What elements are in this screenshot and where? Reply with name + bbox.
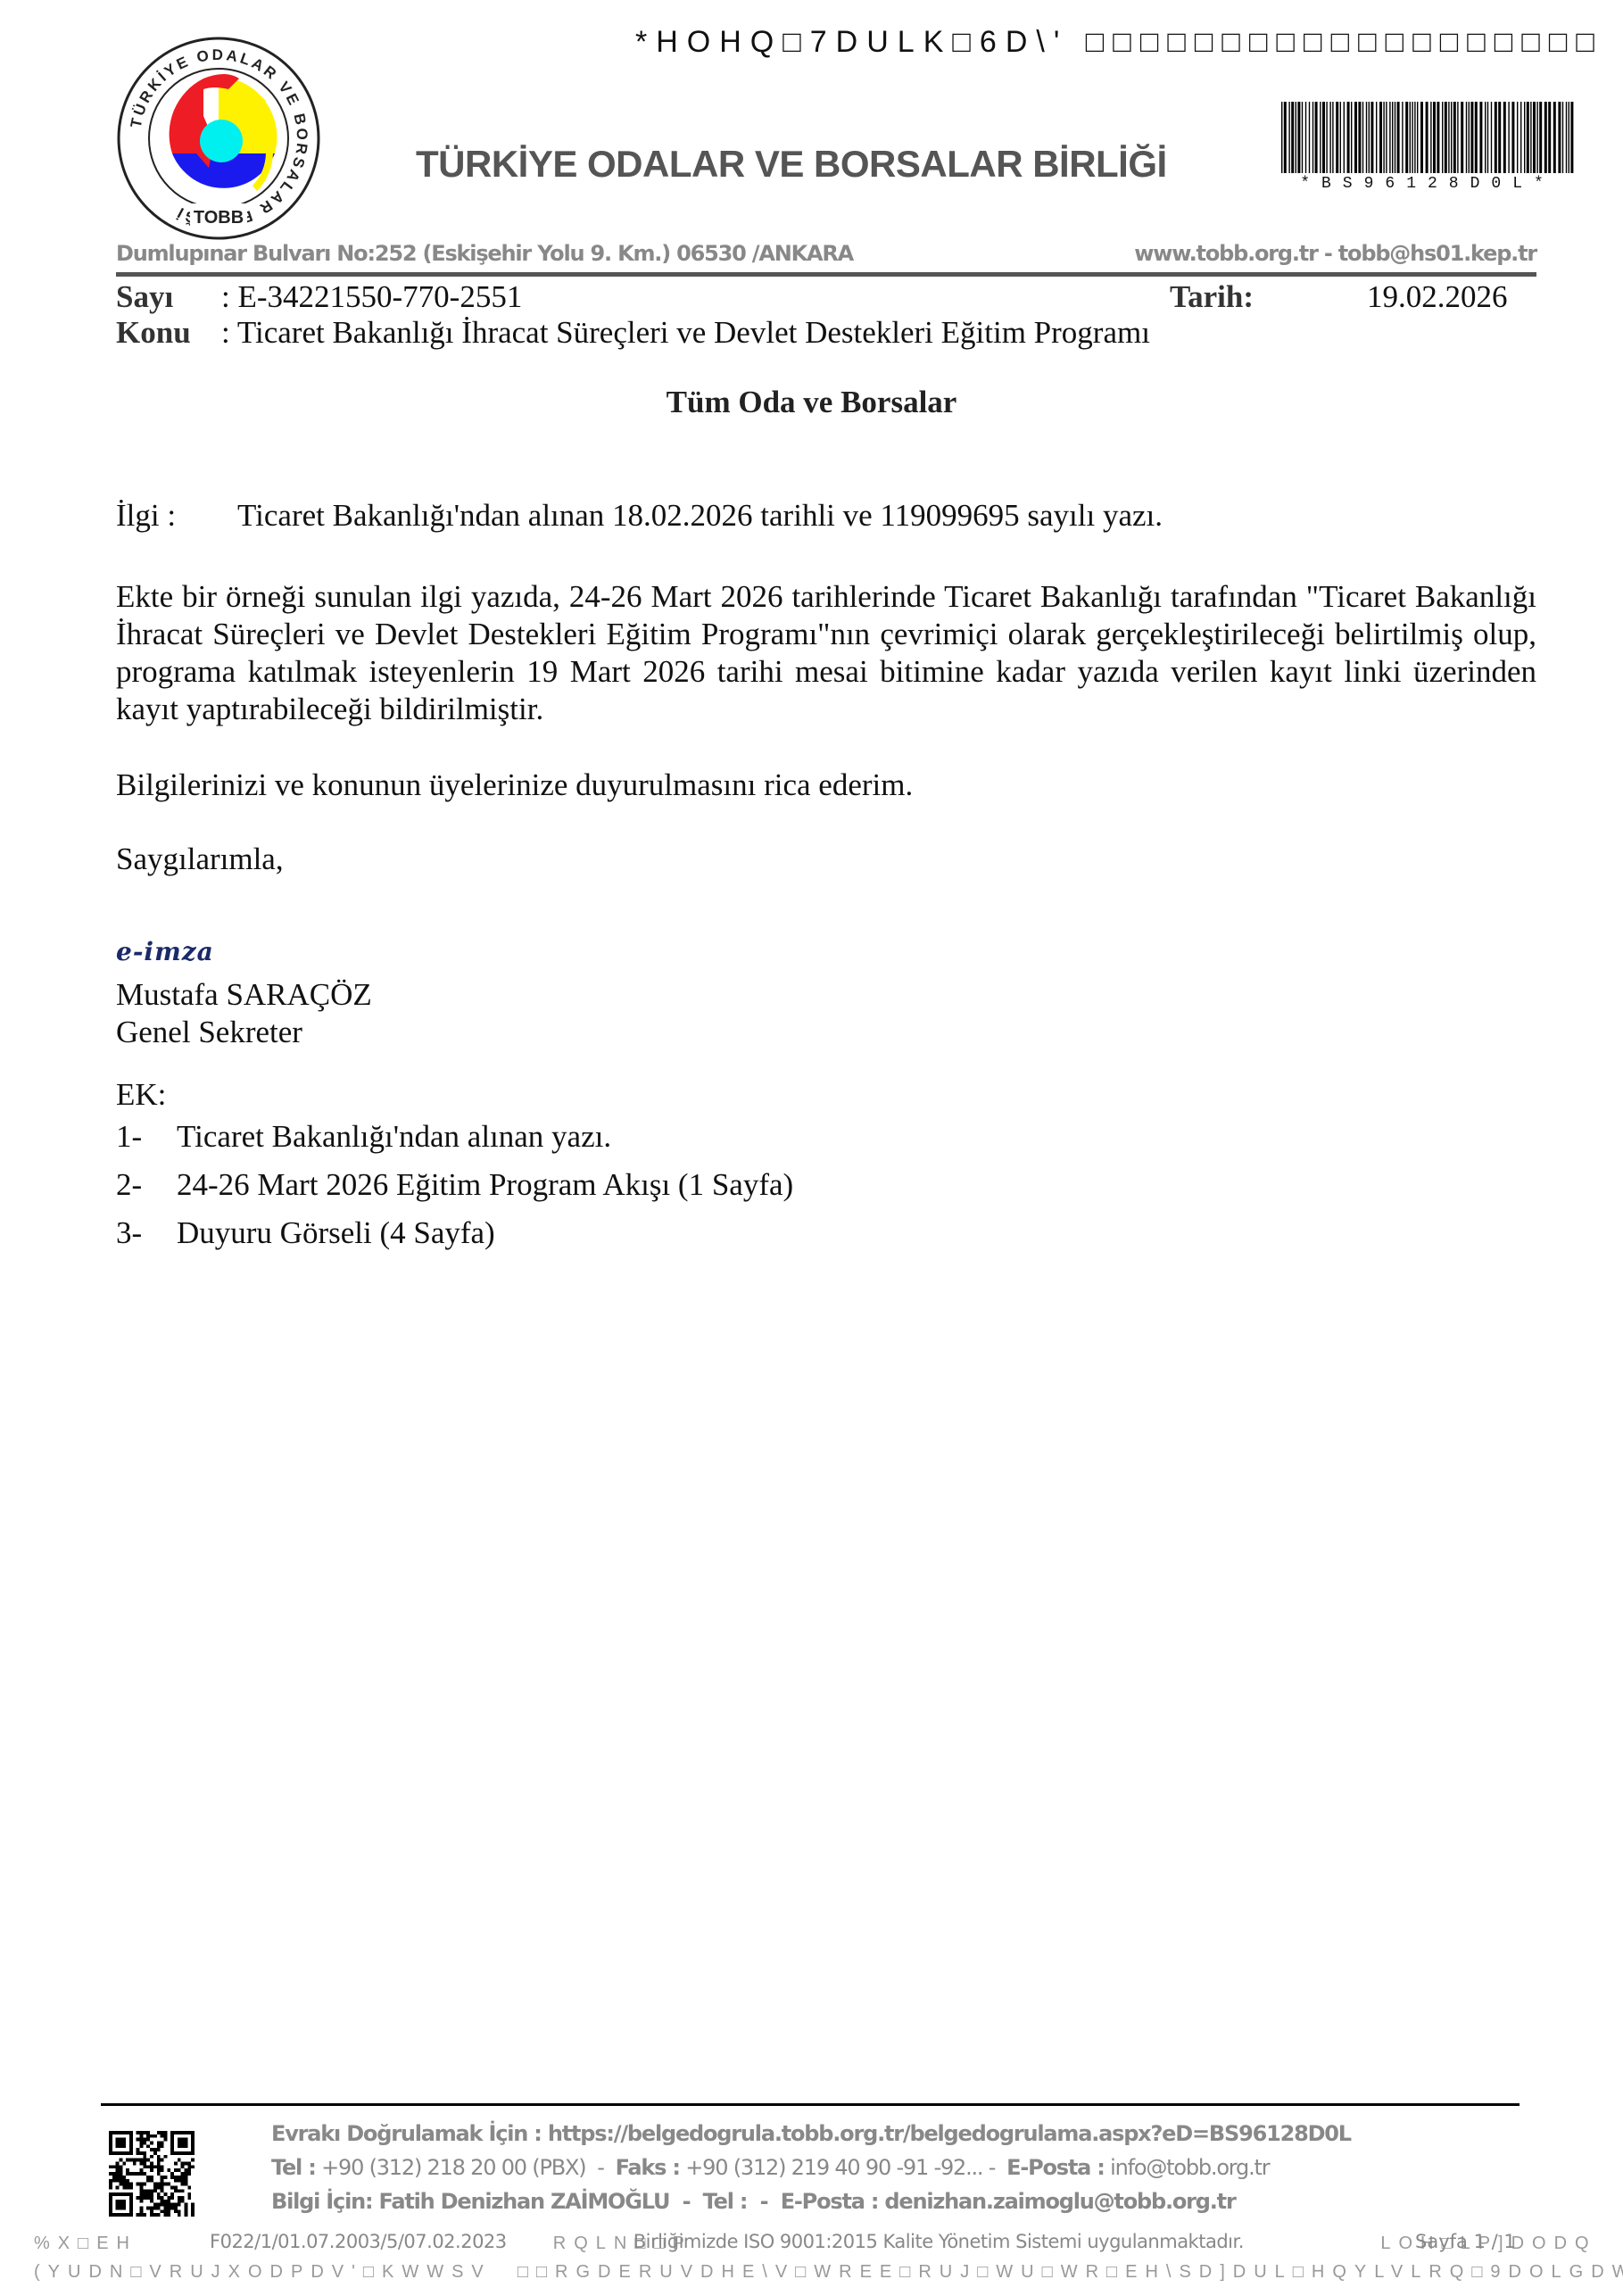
tarih-value: 19.02.2026 (1367, 279, 1508, 315)
contact-line: Tel : +90 (312) 218 20 00 (PBX) - Faks :… (271, 2155, 1269, 2180)
qr-code-icon (109, 2131, 195, 2217)
tarih-label: Tarih: (1170, 279, 1254, 315)
regards: Saygılarımla, (116, 841, 284, 877)
form-iso-note: F022/1/01.07.2003/5/07.02.2023 Birliğimi… (210, 2231, 1244, 2252)
signer-title: Genel Sekreter (116, 1015, 302, 1050)
recipient-heading: Tüm Oda ve Borsalar (0, 385, 1623, 420)
signer-name: Mustafa SARAÇÖZ (116, 977, 372, 1013)
verify-line: Evrakı Doğrulamak İçin : https://belgedo… (271, 2121, 1351, 2146)
closing-paragraph: Bilgilerinizi ve konunun üyelerinize duy… (116, 767, 913, 803)
konu-value: : Ticaret Bakanlığı İhracat Süreçleri ve… (221, 315, 1150, 351)
page-number: Sayfa 1 / 1 (1415, 2231, 1516, 2252)
barcode-icon (1281, 102, 1574, 173)
info-line: Bilgi İçin: Fatih Denizhan ZAİMOĞLU - Te… (271, 2189, 1236, 2214)
garbled-footer-line-2: (YUDN□VRUJXODPDV'□KWWSV □□RGDERUVDHE\V□W… (34, 2262, 1623, 2283)
email-link[interactable]: info@tobb.org.tr (1110, 2155, 1269, 2180)
header-divider (116, 272, 1536, 277)
ilgi-label: İlgi : (116, 498, 176, 534)
info-email-link[interactable]: denizhan.zaimoglu@tobb.org.tr (884, 2189, 1235, 2214)
sayi-value: : E-34221550-770-2551 (221, 279, 522, 315)
address: Dumlupınar Bulvarı No:252 (Eskişehir Yol… (116, 241, 853, 266)
sayi-label: Sayı (116, 279, 173, 315)
verify-link[interactable]: https://belgedogrula.tobb.org.tr/belgedo… (548, 2121, 1351, 2146)
barcode-text: *BS96128D0L* (1281, 175, 1574, 193)
svg-text:TOBB: TOBB (194, 208, 244, 228)
body-paragraph: Ekte bir örneği sunulan ilgi yazıda, 24-… (116, 578, 1536, 728)
footer-divider (101, 2103, 1519, 2106)
attachment-item: 1-Ticaret Bakanlığı'ndan alınan yazı. (116, 1119, 611, 1155)
web-contact: www.tobb.org.tr - tobb@hs01.kep.tr (1134, 241, 1536, 266)
attachment-item: 2-24-26 Mart 2026 Eğitim Program Akışı (… (116, 1167, 793, 1203)
garbled-header-text: *HOHQ□7DULK□6D\' □□□□□□□□□□□□□□□□□□□ (635, 25, 1603, 60)
organization-name: TÜRKİYE ODALAR VE BORSALAR BİRLİĞİ (416, 143, 1167, 186)
attachment-item: 3-Duyuru Görseli (4 Sayfa) (116, 1215, 495, 1251)
tobb-logo-icon: TÜRKİYE ODALAR VE BORSALAR BİRLİĞİ TOBB (114, 34, 323, 243)
konu-label: Konu (116, 315, 191, 351)
e-signature-mark: e-imza (116, 937, 214, 966)
ilgi-value: Ticaret Bakanlığı'ndan alınan 18.02.2026… (237, 498, 1163, 534)
attachments-label: EK: (116, 1077, 166, 1113)
